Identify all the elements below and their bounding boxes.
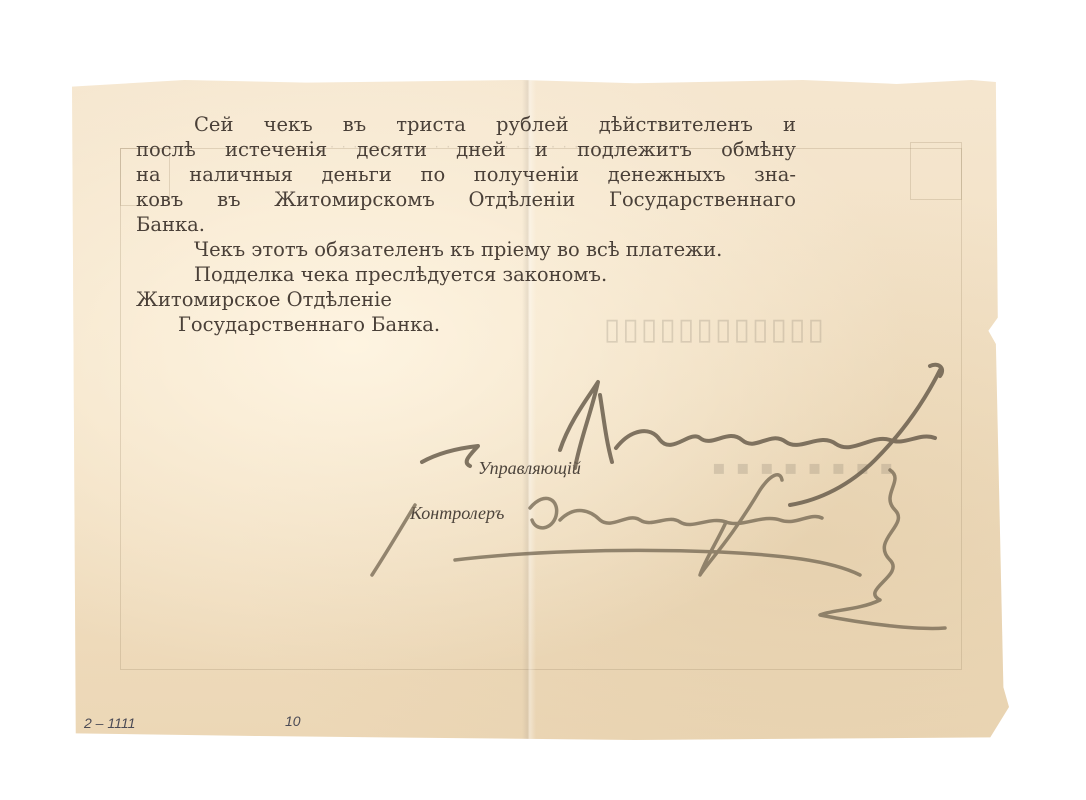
pencil-note-number: 10 — [285, 713, 301, 729]
controller-signature — [372, 470, 945, 628]
signatures-layer — [0, 0, 1086, 800]
manager-signature — [422, 365, 942, 505]
pencil-note-reference: 2 – 1111 — [84, 715, 135, 731]
